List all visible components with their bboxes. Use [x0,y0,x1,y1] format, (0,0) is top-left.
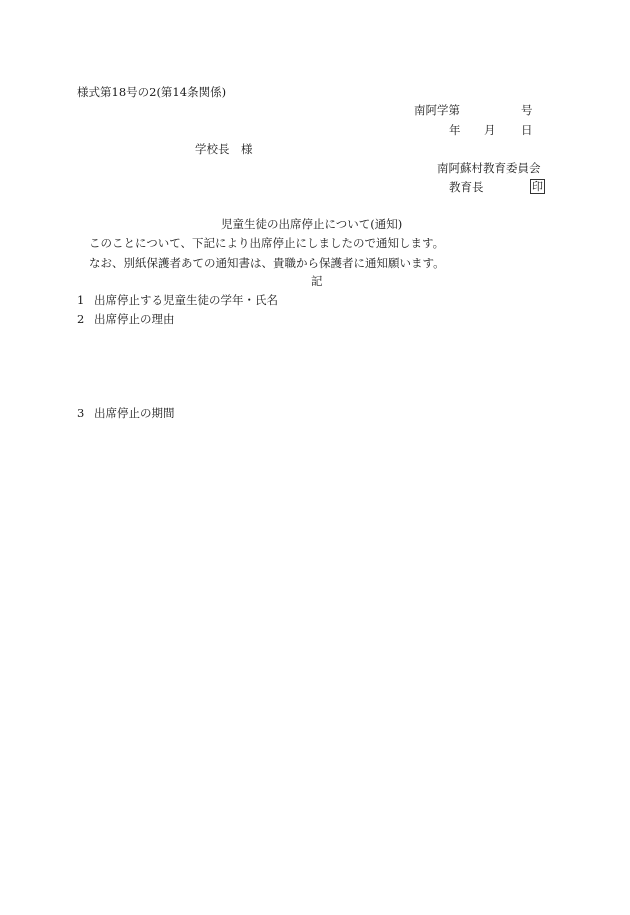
sender-organization: 南阿蘇村教育委員会 [437,161,541,175]
item-label-3: 出席停止の期間 [94,406,175,420]
item-number-2: 2 [77,312,84,326]
item-number-1: 1 [77,293,84,307]
document-title: 児童生徒の出席停止について(通知) [221,217,402,231]
date-month: 月 [484,123,496,137]
item-number-3: 3 [77,406,84,420]
date-day: 日 [521,123,533,137]
body-line-2: なお、別紙保護者あての通知書は、貴職から保護者に通知願います。 [89,256,445,270]
form-label: 様式第18号の2(第14条関係) [77,85,226,99]
item-label-1: 出席停止する児童生徒の学年・氏名 [94,293,278,307]
sender-title: 教育長 [449,180,484,194]
body-line-1: このことについて、下記により出席停止にしましたので通知します。 [89,236,444,250]
item-label-2: 出席停止の理由 [94,312,175,326]
ki-heading: 記 [311,274,323,288]
addressee: 学校長 様 [195,142,253,156]
reference-prefix: 南阿学第 [414,103,460,117]
seal-icon: 印 [530,179,545,194]
reference-suffix: 号 [521,103,533,117]
date-year: 年 [449,123,461,137]
seal-mark: 印 [530,179,545,194]
